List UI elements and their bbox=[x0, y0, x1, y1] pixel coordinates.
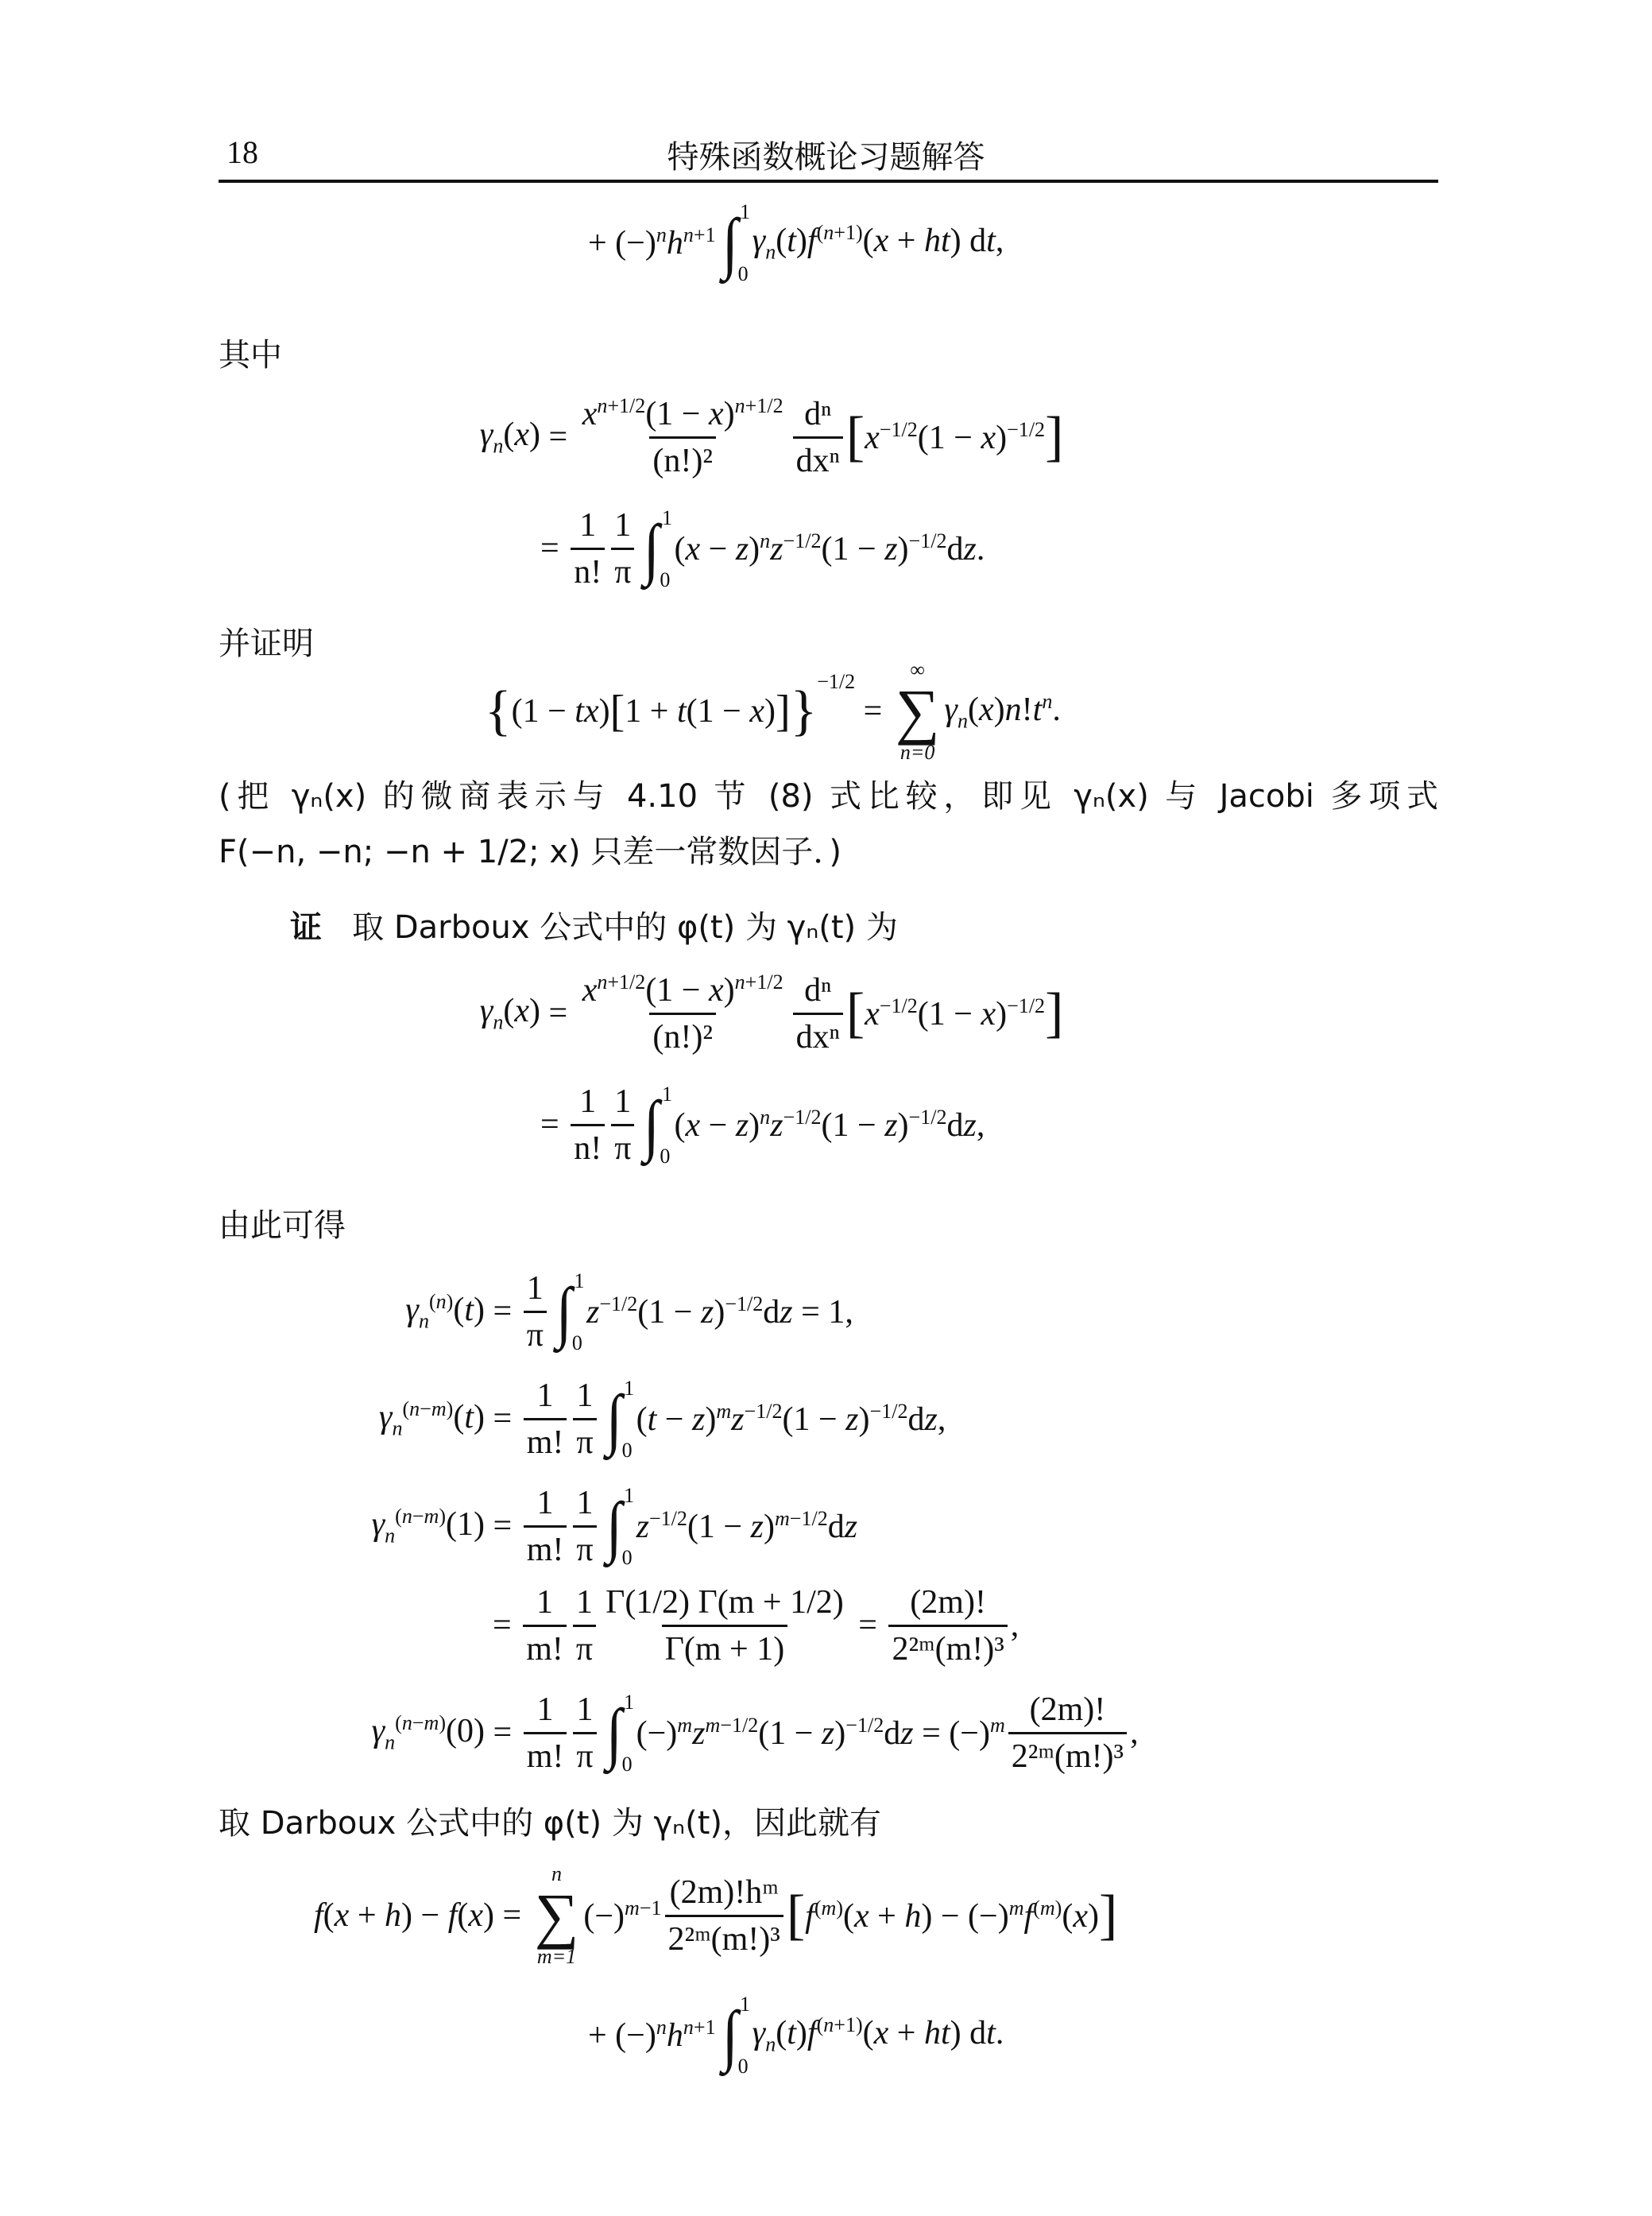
equation-derivative-n-minus-m-t: γn(n−m)(t) = 1m! 1π ∫10 (t − z)mz−1/2(1 … bbox=[318, 1371, 946, 1466]
text-qizhong: 其中 bbox=[219, 330, 282, 375]
equation-derivative-n: γn(n)(t) = 1π ∫10 z−1/2(1 − z)−1/2dz = 1… bbox=[318, 1264, 853, 1359]
text-youcikede: 由此可得 bbox=[219, 1200, 346, 1246]
equation-gamma-def-1: γn(x) = xn+1/2(1 − x)n+1/2(n!)² dⁿdxⁿ [x… bbox=[445, 393, 1063, 481]
equation-final-sum: f(x + h) − f(x) = n∑m=1 (−)m−1 (2m)!hᵐ2²… bbox=[314, 1856, 1117, 1975]
text-bingzhengming: 并证明 bbox=[219, 618, 314, 664]
conclusion-intro: 取 Darboux 公式中的 φ(t) 为 γₙ(t)，因此就有 bbox=[219, 1798, 881, 1843]
proof-intro: 证 取 Darboux 公式中的 φ(t) 为 γₙ(t) 为 bbox=[290, 902, 898, 947]
equation-gamma-def-2: = 1n! 1π ∫10 (x − z)nz−1/2(1 − z)−1/2dz. bbox=[540, 501, 985, 596]
equation-derivative-n-minus-m-0: γn(n−m)(0) = 1m! 1π ∫10 (−)mzm−1/2(1 − z… bbox=[318, 1685, 1139, 1780]
integral-sign: ∫10 bbox=[721, 208, 740, 277]
proof-label: 证 bbox=[290, 909, 322, 946]
equation-continuation-top: + (−)nhn+1 ∫10 γn(t)f(n+1)(x + ht) dt, bbox=[588, 199, 1004, 286]
equation-generating-function: {(1 − tx)[1 + t(1 − x)]} −1/2 = ∞∑n=0 γn… bbox=[485, 656, 1061, 767]
equation-proof-gamma-1: γn(x) = xn+1/2(1 − x)n+1/2(n!)² dⁿdxⁿ [x… bbox=[445, 970, 1063, 1057]
equation-derivative-n-minus-m-1: γn(n−m)(1) = 1m! 1π ∫10 z−1/2(1 − z)m−1/… bbox=[318, 1478, 857, 1574]
running-title: 特殊函数概论习题解答 bbox=[0, 132, 1652, 177]
equation-gamma-function-ratio: = 1m! 1π Γ(1/2) Γ(m + 1/2)Γ(m + 1) = (2m… bbox=[493, 1578, 1019, 1673]
remark-line-1: (把 γₙ(x) 的微商表示与 4.10 节 (8) 式比较，即见 γₙ(x) … bbox=[219, 771, 1438, 816]
equation-proof-gamma-2: = 1n! 1π ∫10 (x − z)nz−1/2(1 − z)−1/2dz, bbox=[540, 1077, 985, 1172]
equation-final-remainder: + (−)nhn+1 ∫10 γn(t)f(n+1)(x + ht) dt. bbox=[588, 1987, 1004, 2082]
header-rule bbox=[219, 180, 1438, 183]
remark-line-2: F(−n, −n; −n + 1/2; x) 只差一常数因子．) bbox=[219, 827, 841, 872]
proof-intro-text: 取 Darboux 公式中的 φ(t) 为 γₙ(t) 为 bbox=[352, 909, 898, 946]
